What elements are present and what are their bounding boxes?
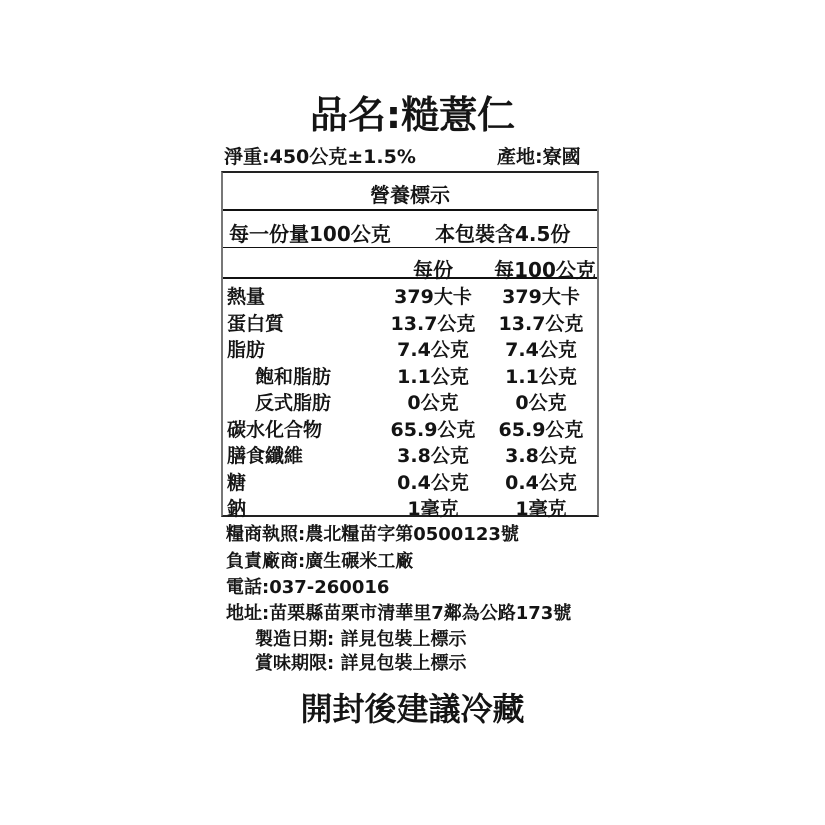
nutrient-row: 蛋白質 13.7公克 13.7公克 xyxy=(223,308,597,335)
grain-license: 糧商執照:農北糧苗字第0500123號 xyxy=(226,520,519,546)
nutrient-rows: 熱量 379大卡 379大卡 蛋白質 13.7公克 13.7公克 脂肪 7.4公… xyxy=(223,281,597,520)
divider xyxy=(223,277,597,279)
per-serving-value: 0.4公克 xyxy=(373,468,493,495)
serving-size: 每一份量100公克 xyxy=(229,218,391,247)
nutrient-row: 飽和脂肪 1.1公克 1.1公克 xyxy=(223,361,597,388)
expiry-date: 賞味期限: 詳見包裝上標示 xyxy=(255,649,466,675)
product-title: 品名:糙薏仁 xyxy=(0,84,825,139)
per-serving-value: 0公克 xyxy=(373,388,493,415)
nutrient-name: 脂肪 xyxy=(227,335,265,362)
per-100g-value: 379大卡 xyxy=(485,282,597,309)
per-serving-value: 1.1公克 xyxy=(373,362,493,389)
per-serving-value: 13.7公克 xyxy=(373,309,493,336)
nutrient-name: 糖 xyxy=(227,468,246,495)
manufacturer: 負責廠商:廣生碾米工廠 xyxy=(226,547,413,573)
per-100g-value: 65.9公克 xyxy=(485,415,597,442)
manufacture-date: 製造日期: 詳見包裝上標示 xyxy=(255,625,466,651)
per-serving-value: 1毫克 xyxy=(373,494,493,521)
nutrient-name: 反式脂肪 xyxy=(255,388,331,415)
nutrient-name: 飽和脂肪 xyxy=(255,362,331,389)
nutrition-table: 營養標示 每一份量100公克 本包裝含4.5份 每份 每100公克 熱量 379… xyxy=(221,171,599,517)
per-serving-value: 65.9公克 xyxy=(373,415,493,442)
phone: 電話:037-260016 xyxy=(226,573,389,599)
net-weight: 淨重:450公克±1.5% xyxy=(224,142,416,169)
per-serving-value: 3.8公克 xyxy=(373,441,493,468)
per-serving-value: 379大卡 xyxy=(373,282,493,309)
divider xyxy=(223,209,597,211)
nutrition-title: 營養標示 xyxy=(223,179,597,208)
address: 地址:苗栗縣苗栗市清華里7鄰為公路173號 xyxy=(226,599,571,625)
nutrient-name: 膳食纖維 xyxy=(227,441,303,468)
storage-note: 開封後建議冷藏 xyxy=(0,684,825,730)
per-100g-value: 13.7公克 xyxy=(485,309,597,336)
servings-per-package: 本包裝含4.5份 xyxy=(435,218,570,247)
nutrient-row: 糖 0.4公克 0.4公克 xyxy=(223,467,597,494)
nutrient-name: 鈉 xyxy=(227,494,246,521)
divider xyxy=(223,247,597,248)
nutrient-row: 熱量 379大卡 379大卡 xyxy=(223,281,597,308)
nutrient-name: 碳水化合物 xyxy=(227,415,322,442)
nutrient-row: 鈉 1毫克 1毫克 xyxy=(223,493,597,520)
nutrient-row: 碳水化合物 65.9公克 65.9公克 xyxy=(223,414,597,441)
per-100g-value: 1.1公克 xyxy=(485,362,597,389)
nutrient-row: 反式脂肪 0公克 0公克 xyxy=(223,387,597,414)
nutrient-name: 蛋白質 xyxy=(227,309,284,336)
nutrient-name: 熱量 xyxy=(227,282,265,309)
origin: 產地:寮國 xyxy=(497,142,581,169)
per-100g-value: 3.8公克 xyxy=(485,441,597,468)
nutrient-row: 脂肪 7.4公克 7.4公克 xyxy=(223,334,597,361)
per-100g-value: 1毫克 xyxy=(485,494,597,521)
per-100g-value: 0.4公克 xyxy=(485,468,597,495)
per-100g-value: 7.4公克 xyxy=(485,335,597,362)
per-100g-value: 0公克 xyxy=(485,388,597,415)
nutrient-row: 膳食纖維 3.8公克 3.8公克 xyxy=(223,440,597,467)
per-serving-value: 7.4公克 xyxy=(373,335,493,362)
